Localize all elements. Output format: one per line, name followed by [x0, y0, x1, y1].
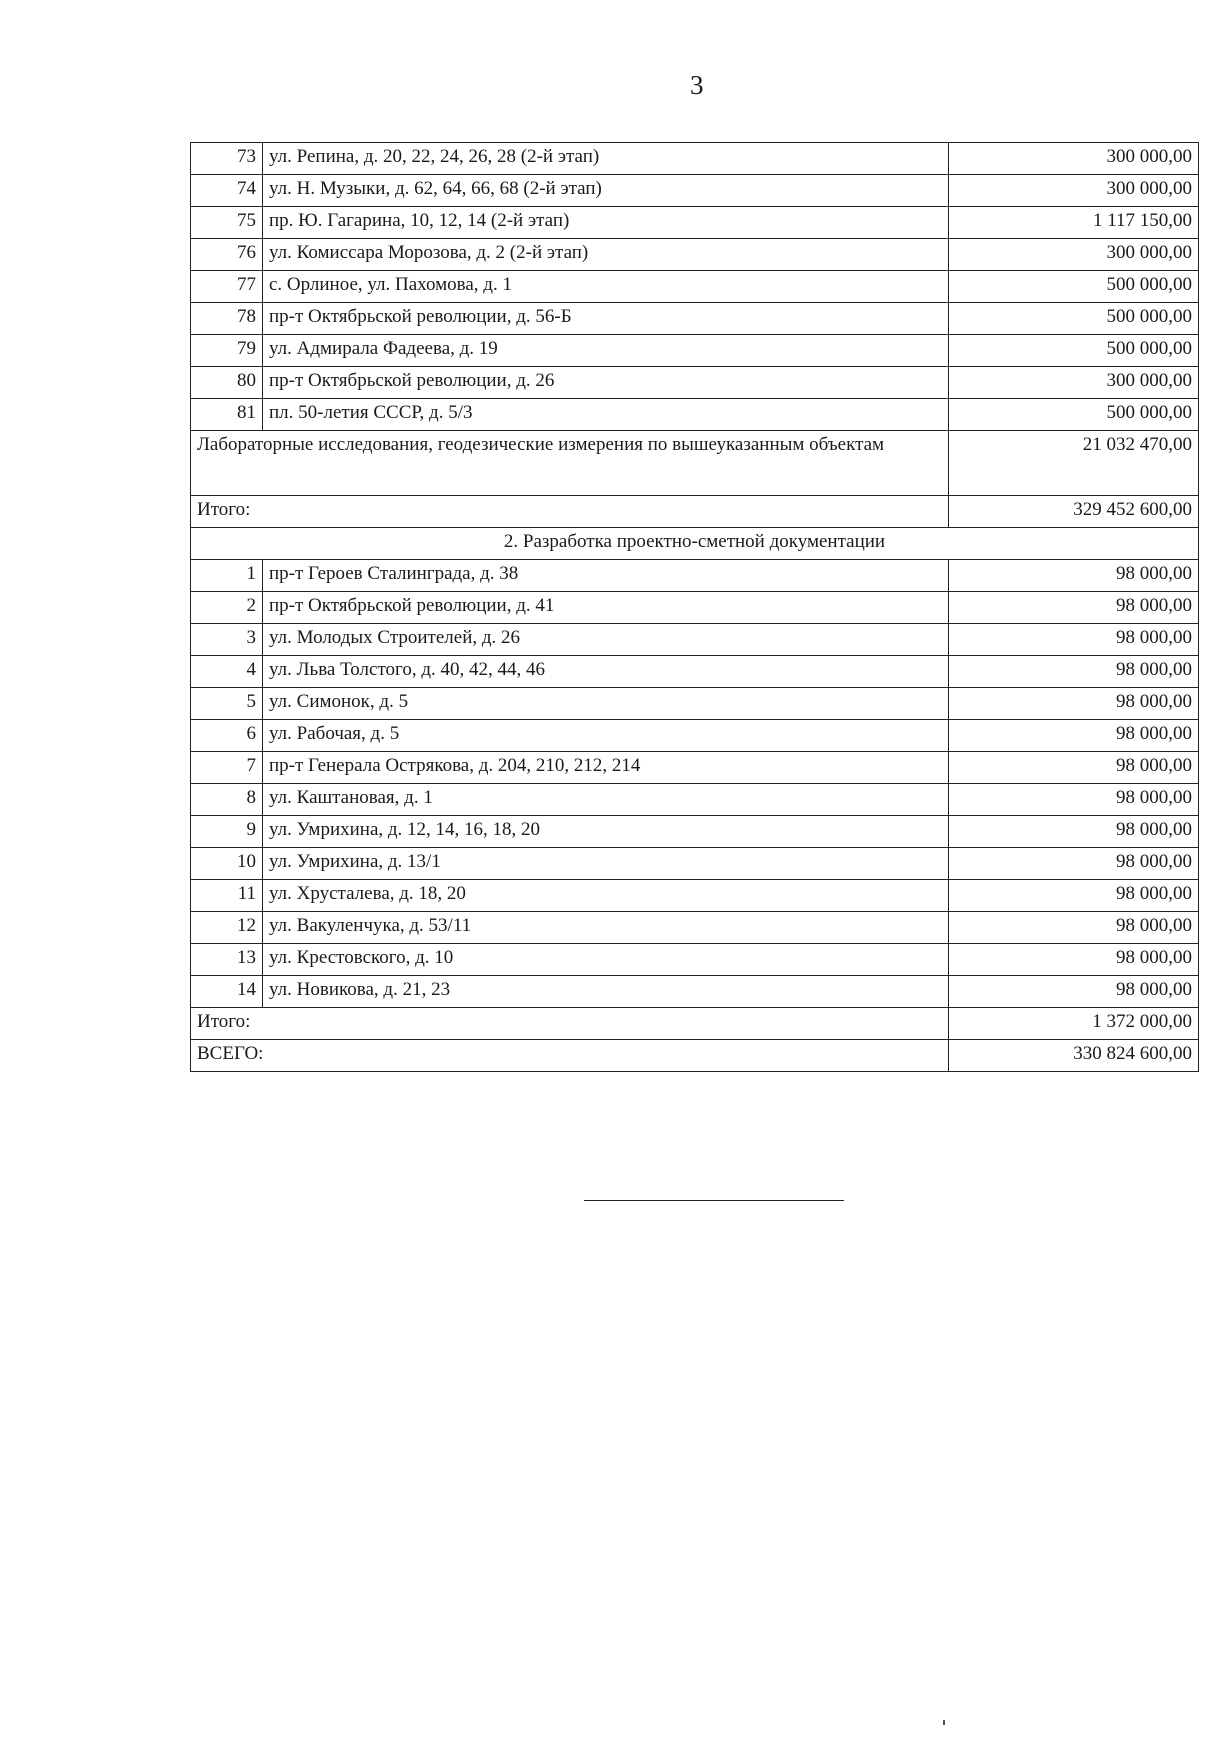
row-address: ул. Крестовского, д. 10 — [263, 944, 949, 976]
table-row: 9ул. Умрихина, д. 12, 14, 16, 18, 2098 0… — [191, 816, 1199, 848]
grand-total-amount: 330 824 600,00 — [949, 1040, 1199, 1072]
row-address: ул. Н. Музыки, д. 62, 64, 66, 68 (2-й эт… — [263, 175, 949, 207]
scan-speck — [943, 1720, 945, 1725]
row-number: 7 — [191, 752, 263, 784]
table-row: 75пр. Ю. Гагарина, 10, 12, 14 (2-й этап)… — [191, 207, 1199, 239]
row-amount: 98 000,00 — [949, 880, 1199, 912]
table-row: 76ул. Комиссара Морозова, д. 2 (2-й этап… — [191, 239, 1199, 271]
row-address: ул. Симонок, д. 5 — [263, 688, 949, 720]
table-row: 12ул. Вакуленчука, д. 53/1198 000,00 — [191, 912, 1199, 944]
row-address: ул. Хрусталева, д. 18, 20 — [263, 880, 949, 912]
lab-research-amount: 21 032 470,00 — [949, 431, 1199, 496]
row-amount: 98 000,00 — [949, 784, 1199, 816]
row-amount: 98 000,00 — [949, 848, 1199, 880]
row-number: 78 — [191, 303, 263, 335]
section2-total-label: Итого: — [191, 1008, 949, 1040]
table-row: 78пр-т Октябрьской революции, д. 56-Б500… — [191, 303, 1199, 335]
lab-research-row: Лабораторные исследования, геодезические… — [191, 431, 1199, 496]
row-number: 2 — [191, 592, 263, 624]
row-number: 80 — [191, 367, 263, 399]
row-number: 73 — [191, 143, 263, 175]
row-amount: 300 000,00 — [949, 367, 1199, 399]
row-amount: 98 000,00 — [949, 592, 1199, 624]
row-address: пр-т Генерала Острякова, д. 204, 210, 21… — [263, 752, 949, 784]
row-amount: 1 117 150,00 — [949, 207, 1199, 239]
row-address: ул. Каштановая, д. 1 — [263, 784, 949, 816]
row-amount: 300 000,00 — [949, 239, 1199, 271]
table-row: 8ул. Каштановая, д. 198 000,00 — [191, 784, 1199, 816]
grand-total-row: ВСЕГО: 330 824 600,00 — [191, 1040, 1199, 1072]
grand-total-label: ВСЕГО: — [191, 1040, 949, 1072]
table-row: 77с. Орлиное, ул. Пахомова, д. 1500 000,… — [191, 271, 1199, 303]
row-amount: 300 000,00 — [949, 143, 1199, 175]
row-number: 9 — [191, 816, 263, 848]
row-address: с. Орлиное, ул. Пахомова, д. 1 — [263, 271, 949, 303]
row-amount: 500 000,00 — [949, 399, 1199, 431]
row-number: 79 — [191, 335, 263, 367]
row-number: 10 — [191, 848, 263, 880]
row-number: 4 — [191, 656, 263, 688]
section2-summary: Итого: 1 372 000,00 ВСЕГО: 330 824 600,0… — [191, 1008, 1199, 1072]
row-address: ул. Репина, д. 20, 22, 24, 26, 28 (2-й э… — [263, 143, 949, 175]
row-number: 3 — [191, 624, 263, 656]
table-row: 81пл. 50-летия СССР, д. 5/3500 000,00 — [191, 399, 1199, 431]
row-address: ул. Молодых Строителей, д. 26 — [263, 624, 949, 656]
table-row: 3ул. Молодых Строителей, д. 2698 000,00 — [191, 624, 1199, 656]
section1-total-label: Итого: — [191, 496, 949, 528]
table-row: 6ул. Рабочая, д. 598 000,00 — [191, 720, 1199, 752]
row-address: ул. Умрихина, д. 12, 14, 16, 18, 20 — [263, 816, 949, 848]
row-address: пл. 50-летия СССР, д. 5/3 — [263, 399, 949, 431]
row-address: пр-т Героев Сталинграда, д. 38 — [263, 560, 949, 592]
row-amount: 98 000,00 — [949, 976, 1199, 1008]
row-number: 12 — [191, 912, 263, 944]
row-address: пр-т Октябрьской революции, д. 26 — [263, 367, 949, 399]
row-amount: 98 000,00 — [949, 560, 1199, 592]
table-row: 80пр-т Октябрьской революции, д. 26300 0… — [191, 367, 1199, 399]
budget-table: 73ул. Репина, д. 20, 22, 24, 26, 28 (2-й… — [190, 142, 1199, 1072]
row-address: пр-т Октябрьской революции, д. 56-Б — [263, 303, 949, 335]
table-row: 2пр-т Октябрьской революции, д. 4198 000… — [191, 592, 1199, 624]
row-address: ул. Комиссара Морозова, д. 2 (2-й этап) — [263, 239, 949, 271]
row-number: 6 — [191, 720, 263, 752]
table-row: 13ул. Крестовского, д. 1098 000,00 — [191, 944, 1199, 976]
table-row: 10ул. Умрихина, д. 13/198 000,00 — [191, 848, 1199, 880]
section2-total-row: Итого: 1 372 000,00 — [191, 1008, 1199, 1040]
row-amount: 500 000,00 — [949, 303, 1199, 335]
row-number: 74 — [191, 175, 263, 207]
closing-separator-line — [584, 1200, 844, 1201]
row-amount: 98 000,00 — [949, 752, 1199, 784]
section1-body: 73ул. Репина, д. 20, 22, 24, 26, 28 (2-й… — [191, 143, 1199, 431]
table-row: 74ул. Н. Музыки, д. 62, 64, 66, 68 (2-й … — [191, 175, 1199, 207]
row-address: ул. Умрихина, д. 13/1 — [263, 848, 949, 880]
table-row: 1пр-т Героев Сталинграда, д. 3898 000,00 — [191, 560, 1199, 592]
row-number: 1 — [191, 560, 263, 592]
section1-total-row: Итого: 329 452 600,00 — [191, 496, 1199, 528]
lab-research-label: Лабораторные исследования, геодезические… — [191, 431, 949, 496]
table-row: 14ул. Новикова, д. 21, 2398 000,00 — [191, 976, 1199, 1008]
table-row: 11ул. Хрусталева, д. 18, 2098 000,00 — [191, 880, 1199, 912]
row-number: 77 — [191, 271, 263, 303]
row-number: 76 — [191, 239, 263, 271]
row-address: ул. Вакуленчука, д. 53/11 — [263, 912, 949, 944]
row-number: 11 — [191, 880, 263, 912]
table-row: 79ул. Адмирала Фадеева, д. 19500 000,00 — [191, 335, 1199, 367]
row-address: ул. Рабочая, д. 5 — [263, 720, 949, 752]
row-address: ул. Адмирала Фадеева, д. 19 — [263, 335, 949, 367]
page-number: 3 — [690, 70, 704, 101]
row-number: 8 — [191, 784, 263, 816]
row-amount: 98 000,00 — [949, 720, 1199, 752]
row-address: пр. Ю. Гагарина, 10, 12, 14 (2-й этап) — [263, 207, 949, 239]
row-amount: 98 000,00 — [949, 656, 1199, 688]
row-address: ул. Льва Толстого, д. 40, 42, 44, 46 — [263, 656, 949, 688]
row-amount: 500 000,00 — [949, 335, 1199, 367]
section2-total-amount: 1 372 000,00 — [949, 1008, 1199, 1040]
table-row: 4ул. Льва Толстого, д. 40, 42, 44, 4698 … — [191, 656, 1199, 688]
row-amount: 98 000,00 — [949, 816, 1199, 848]
row-amount: 98 000,00 — [949, 912, 1199, 944]
row-number: 14 — [191, 976, 263, 1008]
section2-title: 2. Разработка проектно-сметной документа… — [191, 528, 1199, 560]
row-address: ул. Новикова, д. 21, 23 — [263, 976, 949, 1008]
row-amount: 98 000,00 — [949, 624, 1199, 656]
row-number: 75 — [191, 207, 263, 239]
row-amount: 98 000,00 — [949, 688, 1199, 720]
row-address: пр-т Октябрьской революции, д. 41 — [263, 592, 949, 624]
row-number: 13 — [191, 944, 263, 976]
row-amount: 300 000,00 — [949, 175, 1199, 207]
row-number: 81 — [191, 399, 263, 431]
table-row: 5ул. Симонок, д. 598 000,00 — [191, 688, 1199, 720]
table-row: 7пр-т Генерала Острякова, д. 204, 210, 2… — [191, 752, 1199, 784]
section2-body: 1пр-т Героев Сталинграда, д. 3898 000,00… — [191, 560, 1199, 1008]
section1-total-amount: 329 452 600,00 — [949, 496, 1199, 528]
section2-header-row: 2. Разработка проектно-сметной документа… — [191, 528, 1199, 560]
row-number: 5 — [191, 688, 263, 720]
section1-summary: Лабораторные исследования, геодезические… — [191, 431, 1199, 560]
row-amount: 500 000,00 — [949, 271, 1199, 303]
table-row: 73ул. Репина, д. 20, 22, 24, 26, 28 (2-й… — [191, 143, 1199, 175]
row-amount: 98 000,00 — [949, 944, 1199, 976]
